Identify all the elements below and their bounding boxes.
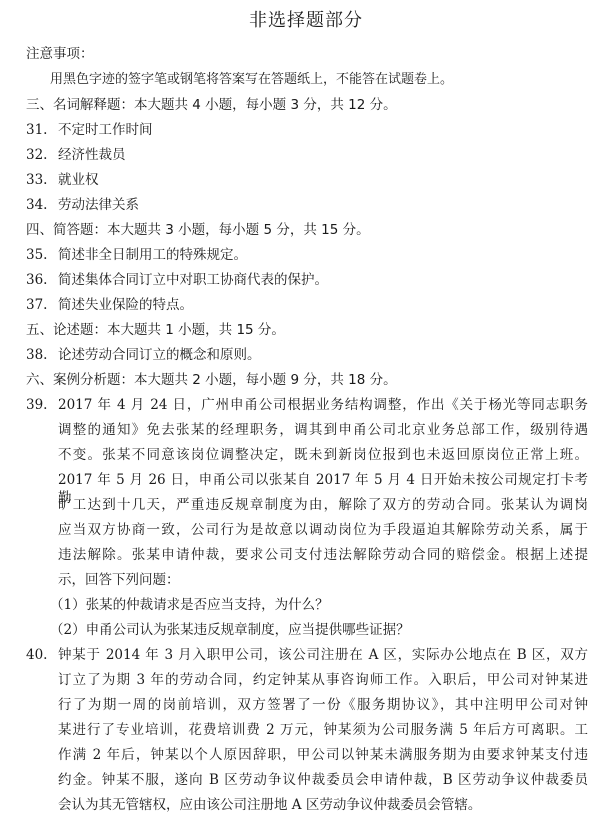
question-38: 38.论述劳动合同订立的概念和原则。 bbox=[26, 346, 261, 364]
question-40-line: 约金。钟某不服，遂向 B 区劳动争议仲裁委员会申请仲裁，B 区劳动争议仲裁委员 bbox=[58, 771, 588, 789]
section-6-heading: 六、案例分析题：本大题共 2 小题，每小题 9 分，共 18 分。 bbox=[26, 371, 397, 389]
question-39-line: 违法解除。张某申请仲裁，要求公司支付违法解除劳动合同的赔偿金。根据上述提 bbox=[58, 546, 588, 564]
question-39-line: 不变。张某不同意该岗位调整决定，既未到新岗位报到也未返回原岗位正常上班。 bbox=[58, 446, 588, 464]
question-35: 35.简述非全日制用工的特殊规定。 bbox=[26, 246, 247, 264]
question-32: 32.经济性裁员 bbox=[26, 146, 126, 164]
question-37: 37.简述失业保险的特点。 bbox=[26, 296, 193, 314]
question-39-line: 应当双方协商一致，公司行为是故意以调动岗位为手段逼迫其解除劳动关系，属于 bbox=[58, 521, 588, 539]
question-40-number: 40. bbox=[26, 646, 47, 664]
question-39-number: 39. bbox=[26, 396, 47, 414]
question-40-line: 钟某于 2014 年 3 月入职甲公司，该公司注册在 A 区，实际办公地点在 B… bbox=[58, 646, 588, 664]
question-39-line: 2017 年 4 月 24 日，广州申甬公司根据业务结构调整，作出《关于杨光等同… bbox=[58, 396, 588, 414]
question-40-line: 某进行了专业培训，花费培训费 2 万元，钟某须为公司服务满 5 年后方可离职。工 bbox=[58, 721, 588, 739]
notice-heading: 注意事项： bbox=[26, 45, 94, 63]
page-title: 非选择题部分 bbox=[0, 6, 612, 32]
question-40-line: 作满 2 年后，钟某以个人原因辞职，甲公司以钟某未满服务期为由要求钟某支付违 bbox=[58, 746, 588, 764]
question-39-sub-2: （2）申甬公司认为张某违反规章制度，应当提供哪些证据？ bbox=[50, 621, 410, 639]
notice-text: 用黑色字迹的签字笔或钢笔将答案写在答题纸上，不能答在试题卷上。 bbox=[50, 71, 453, 89]
question-31: 31.不定时工作时间 bbox=[26, 121, 153, 139]
section-4-heading: 四、简答题：本大题共 3 小题，每小题 5 分，共 15 分。 bbox=[26, 221, 370, 239]
question-39-line: 旷工达到十几天，严重违反规章制度为由，解除了双方的劳动合同。张某认为调岗 bbox=[58, 496, 588, 514]
question-40-line: 行了为期一周的岗前培训，双方签署了一份《服务期协议》，其中注明甲公司对钟 bbox=[58, 696, 588, 714]
question-40-line: 订立了为期 3 年的劳动合同，约定钟某从事咨询师工作。入职后，甲公司对钟某进 bbox=[58, 671, 588, 689]
question-36: 36.简述集体合同订立中对职工协商代表的保护。 bbox=[26, 271, 328, 289]
question-34: 34.劳动法律关系 bbox=[26, 196, 139, 214]
question-39-line: 调整的通知》免去张某的经理职务，调其到申甬公司北京业务总部工作，级别待遇 bbox=[58, 421, 588, 439]
question-40-line: 会认为其无管辖权，应由该公司注册地 A 区劳动争议仲裁委员会管辖。 bbox=[58, 796, 481, 814]
question-39-line: 示，回答下列问题： bbox=[58, 571, 180, 589]
section-3-heading: 三、名词解释题：本大题共 4 小题，每小题 3 分，共 12 分。 bbox=[26, 96, 397, 114]
question-33: 33.就业权 bbox=[26, 171, 99, 189]
section-5-heading: 五、论述题：本大题共 1 小题，共 15 分。 bbox=[26, 321, 285, 339]
question-39-sub-1: （1）张某的仲裁请求是否应当支持，为什么？ bbox=[50, 596, 329, 614]
